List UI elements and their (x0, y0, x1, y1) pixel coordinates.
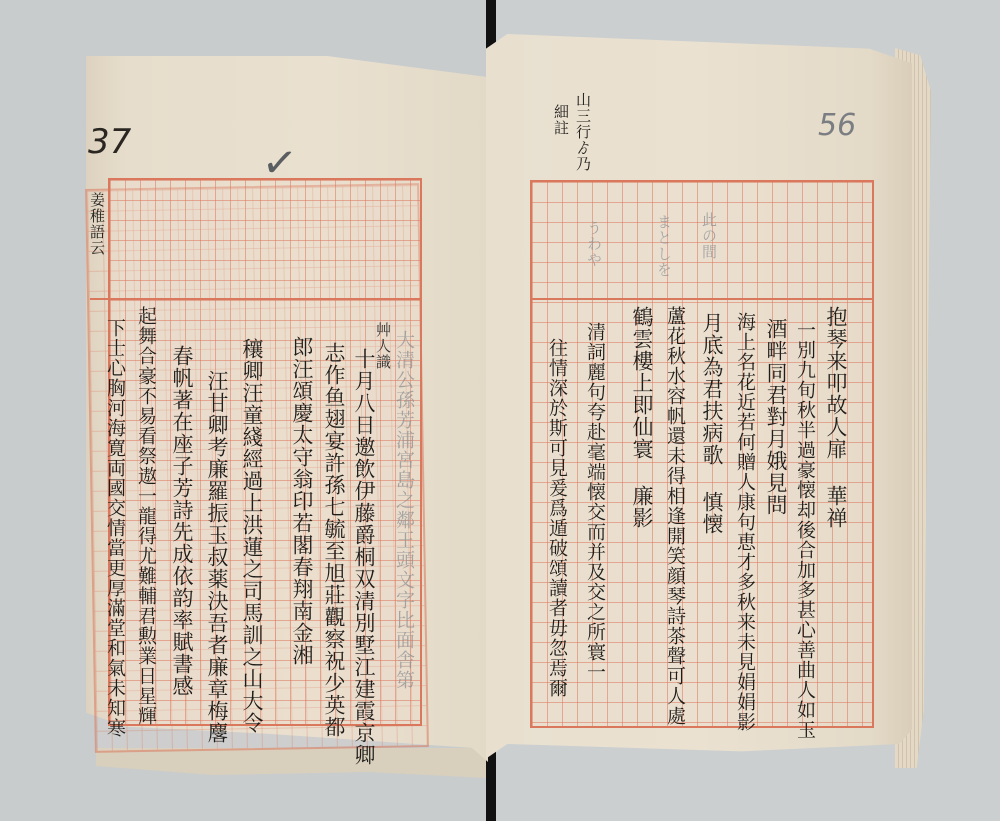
left-column-2: 志作鱼翅宴許孫七毓至旭莊觀察祝少英都 (322, 342, 346, 738)
right-top-note-2: 細註 (552, 104, 570, 136)
left-margin-title: 姜稚語云 (88, 192, 106, 256)
right-column-9: 往情深於斯可見爰爲遁破頌讀者毋忽焉爾 (546, 338, 568, 698)
right-faint-note-2: まとしを (655, 214, 673, 278)
left-column-7: 起舞合豪不易看祭遨一龍得尤難輔君勲業日星輝 (135, 306, 156, 726)
right-column-8: 清詞麗句夸赴毫端懐交而并及交之所寰一 (584, 322, 606, 682)
right-grid-divider (530, 298, 872, 300)
right-column-3: 酒畔同君對月娥見問 (764, 318, 788, 516)
left-header-note: 艸人識 (374, 322, 392, 370)
right-faint-note-3: うわや (585, 220, 603, 268)
left-column-4: 穰卿汪童綫經過上洪蓮之司馬訓之山大令 (240, 338, 264, 734)
right-column-7: 鶴雲樓上即仙寰 廉影 (630, 306, 654, 529)
right-column-5: 月底為君扶病歌 慎懐 (700, 312, 724, 535)
left-column-6: 春帆著在座子芳詩先成依韵率賦書感 (170, 345, 194, 697)
left-column-1: 十月八日邀飲伊藤爵桐双清別墅江建霞京卿 (352, 348, 376, 766)
right-faint-note-1: 此の間 (700, 212, 718, 260)
right-page-number: 56 (818, 108, 856, 143)
right-column-4: 海上名花近若何贈人康句恵才多秋来未見娟娟影 (734, 312, 756, 732)
right-column-6: 蘆花秋水容帆還未得相逢開笑顔琴詩茶聲可人處 (664, 306, 686, 726)
left-faint-column: 大清公孫芳浦宮島之鄰王頭文字比面舎第 (392, 330, 416, 690)
left-column-3: 郎汪頌慶太守翁印若閣春翔南金湘 (290, 336, 314, 666)
left-page-number: 37 (88, 122, 131, 162)
left-grid-divider (90, 298, 420, 300)
right-top-note-1: 山三行ゟ乃 (574, 92, 592, 172)
left-column-8: 下士心胸河海寛両國交情當更厚滿堂和氣未知寒 (104, 318, 125, 738)
right-column-2: 一別九旬秋半過豪懐却後合加多甚心善曲人如玉 (794, 320, 816, 740)
right-column-1: 抱琴来叩故人扉 華禅 (824, 306, 848, 529)
left-column-5: 汪甘卿考廉羅振玉叔薬決吾者廉章梅麐 (205, 370, 229, 744)
